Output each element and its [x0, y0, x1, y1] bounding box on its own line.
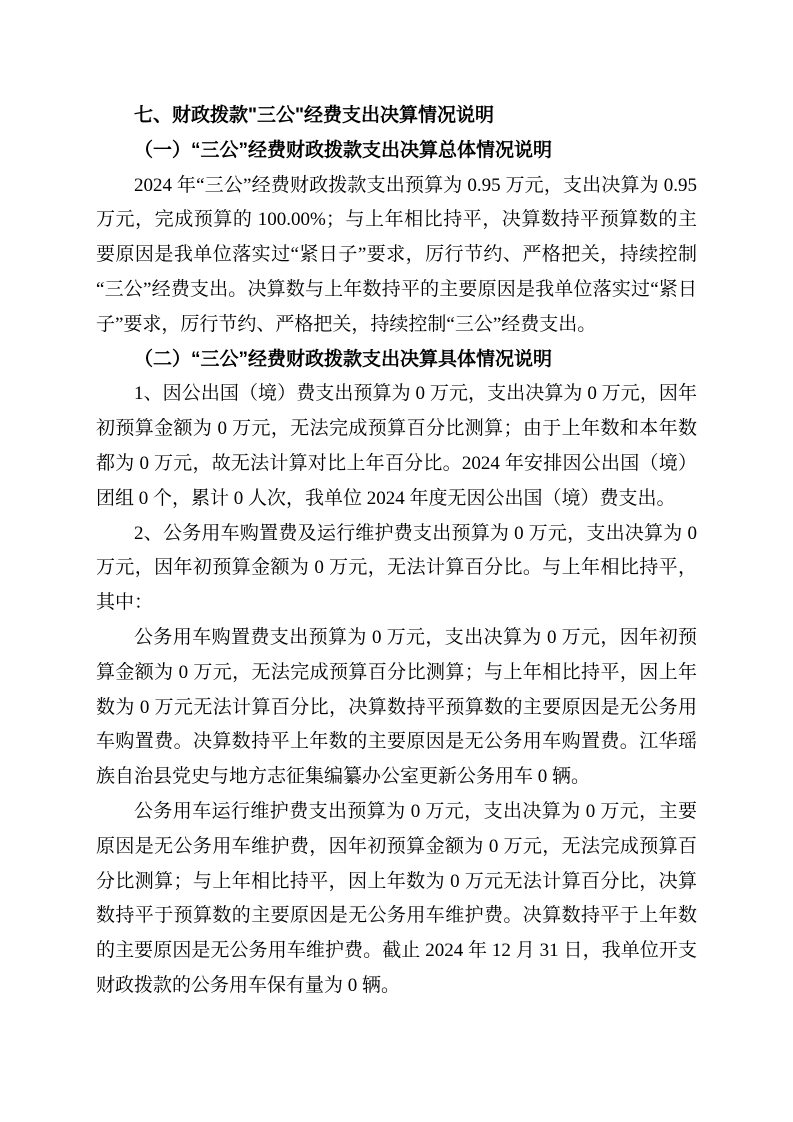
- para-overseas-travel-expense: 1、因公出国（境）费支出预算为 0 万元，支出决算为 0 万元，因年初预算金额为…: [96, 377, 697, 516]
- document-page: 七、财政拨款"三公"经费支出决算情况说明 （一）“三公”经费财政拨款支出决算总体…: [0, 0, 793, 1122]
- para-vehicle-total-expense: 2、公务用车购置费及运行维护费支出预算为 0 万元，支出决算为 0 万元，因年初…: [96, 517, 697, 621]
- heading-section-seven: 七、财政拨款"三公"经费支出决算情况说明: [96, 99, 697, 134]
- para-vehicle-purchase-expense: 公务用车购置费支出预算为 0 万元，支出决算为 0 万元，因年初预算金额为 0 …: [96, 621, 697, 795]
- heading-subsection-two-detail: （二）“三公”经费财政拨款支出决算具体情况说明: [96, 343, 697, 378]
- para-vehicle-maintenance-expense: 公务用车运行维护费支出预算为 0 万元，支出决算为 0 万元，主要原因是无公务用…: [96, 795, 697, 1004]
- heading-subsection-one-overall: （一）“三公”经费财政拨款支出决算总体情况说明: [96, 134, 697, 169]
- para-overall-situation: 2024 年“三公”经费财政拨款支出预算为 0.95 万元，支出决算为 0.95…: [96, 169, 697, 343]
